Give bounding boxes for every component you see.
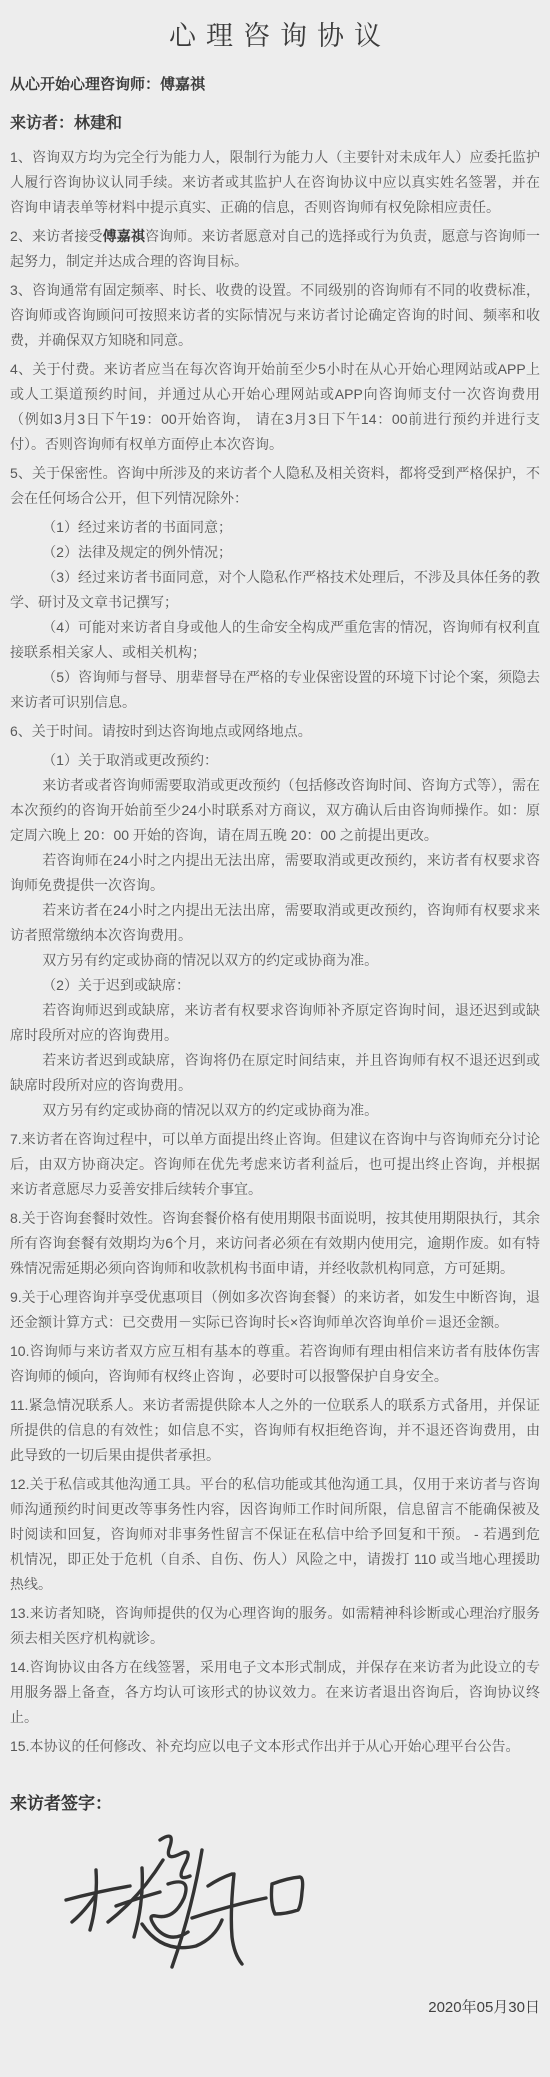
clause-paragraph: 5、关于保密性。咨询中所涉及的来访者个人隐私及相关资料，都将受到严格保护，不会在… <box>10 461 540 511</box>
signature-strokes-icon <box>50 1822 310 1982</box>
clause-paragraph: （4）可能对来访者自身或他人的生命安全构成严重危害的情况，咨询师有权利直接联系相… <box>10 615 540 665</box>
document-title: 心理咨询协议 <box>10 14 540 53</box>
clause-paragraph: （1）关于取消或更改预约： <box>10 748 540 773</box>
clause-paragraph: 1、咨询双方均为完全行为能力人，限制行为能力人（主要针对未成年人）应委托监护人履… <box>10 145 540 220</box>
visitor-line: 来访者：林建和 <box>10 110 540 133</box>
agreement-document: 心理咨询协议 从心开始心理咨询师：傅嘉祺 来访者：林建和 1、咨询双方均为完全行… <box>0 0 550 2077</box>
clause-paragraph: （3）经过来访者书面同意，对个人隐私作严格技术处理后，不涉及具体任务的教学、研讨… <box>10 565 540 615</box>
clause-paragraph: 14.咨询协议由各方在线签署，采用电子文本形式制成，并保存在来访者为此设立的专用… <box>10 1655 540 1730</box>
clause-paragraph: 双方另有约定或协商的情况以双方的约定或协商为准。 <box>10 948 540 973</box>
clause-paragraph: 双方另有约定或协商的情况以双方的约定或协商为准。 <box>10 1098 540 1123</box>
clause-paragraph: 3、咨询通常有固定频率、时长、收费的设置。不同级别的咨询师有不同的收费标准，咨询… <box>10 278 540 353</box>
clause-paragraph: （5）咨询师与督导、朋辈督导在严格的专业保密设置的环境下讨论个案，须隐去来访者可… <box>10 665 540 715</box>
clause-paragraph: （2）法律及规定的例外情况； <box>10 540 540 565</box>
signature-label: 来访者签字： <box>10 1789 540 1814</box>
clause-paragraph: 10.咨询师与来访者双方应互相有基本的尊重。若咨询师有理由相信来访者有肢体伤害咨… <box>10 1339 540 1389</box>
clause-paragraph: 若来访者在24小时之内提出无法出席，需要取消或更改预约，咨询师有权要求来访者照常… <box>10 898 540 948</box>
clause-paragraph: 若来访者迟到或缺席，咨询将仍在原定时间结束，并且咨询师有权不退还迟到或缺席时段所… <box>10 1048 540 1098</box>
clause-paragraph: 12.关于私信或其他沟通工具。平台的私信功能或其他沟通工具，仅用于来访者与咨询师… <box>10 1472 540 1597</box>
counselor-line: 从心开始心理咨询师：傅嘉祺 <box>10 73 540 94</box>
visitor-signature-handwriting <box>50 1822 310 1982</box>
clause-paragraph: 若咨询师迟到或缺席，来访者有权要求咨询师补齐原定咨询时间，退还迟到或缺席时段所对… <box>10 998 540 1048</box>
clause-paragraph: 若咨询师在24小时之内提出无法出席，需要取消或更改预约，来访者有权要求咨询师免费… <box>10 848 540 898</box>
clauses: 1、咨询双方均为完全行为能力人，限制行为能力人（主要针对未成年人）应委托监护人履… <box>10 145 540 1759</box>
clause-paragraph: 11.紧急情况联系人。来访者需提供除本人之外的一位联系人的联系方式备用，并保证所… <box>10 1393 540 1468</box>
clause-paragraph: 15.本协议的任何修改、补充均应以电子文本形式作出并于从心开始心理平台公告。 <box>10 1734 540 1759</box>
sign-date: 2020年05月30日 <box>10 1996 540 2017</box>
clause-paragraph: 2、来访者接受傅嘉祺咨询师。来访者愿意对自己的选择或行为负责，愿意与咨询师一起努… <box>10 224 540 274</box>
clause-paragraph: （1）经过来访者的书面同意； <box>10 515 540 540</box>
clause-paragraph: 4、关于付费。来访者应当在每次咨询开始前至少5小时在从心开始心理网站或APP上或… <box>10 357 540 457</box>
clause-paragraph: 13.来访者知晓，咨询师提供的仅为心理咨询的服务。如需精神科诊断或心理治疗服务须… <box>10 1601 540 1651</box>
clause-paragraph: （2）关于迟到或缺席： <box>10 973 540 998</box>
clause-paragraph: 7.来访者在咨询过程中，可以单方面提出终止咨询。但建议在咨询中与咨询师充分讨论后… <box>10 1127 540 1202</box>
clause-paragraph: 来访者或者咨询师需要取消或更改预约（包括修改咨询时间、咨询方式等），需在本次预约… <box>10 773 540 848</box>
clause-paragraph: 6、关于时间。请按时到达咨询地点或网络地点。 <box>10 719 540 744</box>
clause-paragraph: 9.关于心理咨询并享受优惠项目（例如多次咨询套餐）的来访者，如发生中断咨询，退还… <box>10 1285 540 1335</box>
clause-paragraph: 8.关于咨询套餐时效性。咨询套餐价格有使用期限书面说明，按其使用期限执行，其余所… <box>10 1206 540 1281</box>
